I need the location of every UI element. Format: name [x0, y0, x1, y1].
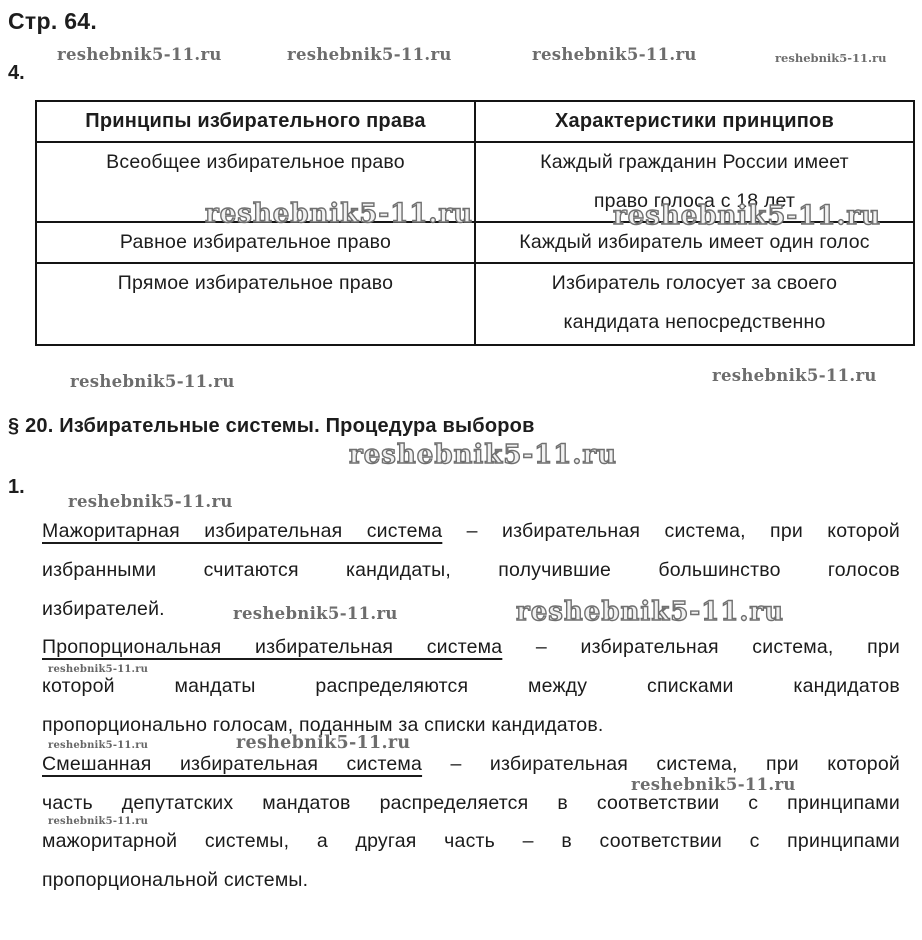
- task-4-label: 4.: [8, 62, 25, 85]
- definition-text: – избирательная система, при которой: [422, 753, 900, 775]
- watermark: reshebnik5-11.ru: [631, 775, 796, 794]
- watermark: reshebnik5-11.ru: [613, 201, 881, 231]
- watermark: reshebnik5-11.ru: [48, 816, 148, 827]
- definition-line: Пропорциональная избирательная система –…: [42, 628, 900, 667]
- watermark: reshebnik5-11.ru: [48, 664, 148, 675]
- table-header-principles: Принципы избирательного права: [36, 101, 475, 142]
- definitions-block: Мажоритарная избирательная система – изб…: [42, 512, 900, 900]
- watermark: reshebnik5-11.ru: [712, 366, 877, 385]
- watermark: reshebnik5-11.ru: [57, 45, 222, 64]
- document-page: Стр. 64. 4. Принципы избирательного прав…: [0, 0, 922, 940]
- section-heading: § 20. Избирательные системы. Процедура в…: [8, 415, 535, 438]
- page-title: Стр. 64.: [8, 8, 97, 35]
- cell-line: Избиратель голосует за своего: [476, 264, 913, 303]
- definition-line: Мажоритарная избирательная система – изб…: [42, 512, 900, 551]
- definition-text: – избирательная система, при которой: [442, 520, 900, 542]
- watermark: reshebnik5-11.ru: [236, 733, 410, 753]
- definition-term: Мажоритарная избирательная система: [42, 520, 442, 542]
- table-header-characteristics: Характеристики принципов: [475, 101, 914, 142]
- watermark: reshebnik5-11.ru: [68, 492, 233, 511]
- table-cell-characteristic: Избиратель голосует за своего кандидата …: [475, 263, 914, 345]
- definition-line: пропорционально голосам, поданным за спи…: [42, 706, 900, 745]
- watermark: reshebnik5-11.ru: [532, 45, 697, 64]
- definition-term: Пропорциональная избирательная система: [42, 636, 502, 658]
- watermark: reshebnik5-11.ru: [349, 440, 617, 470]
- table-header-row: Принципы избирательного права Характерис…: [36, 101, 914, 142]
- definition-line: пропорциональной системы.: [42, 861, 900, 900]
- definition-line: мажоритарной системы, а другая часть – в…: [42, 822, 900, 861]
- definition-line: избранными считаются кандидаты, получивш…: [42, 551, 900, 590]
- watermark: reshebnik5-11.ru: [775, 51, 886, 65]
- table-row: Прямое избирательное право Избиратель го…: [36, 263, 914, 345]
- watermark: reshebnik5-11.ru: [70, 372, 235, 391]
- watermark: reshebnik5-11.ru: [287, 45, 452, 64]
- table-cell-principle: Прямое избирательное право: [36, 263, 475, 345]
- watermark: reshebnik5-11.ru: [205, 199, 473, 229]
- definition-line: которой мандаты распределяются между спи…: [42, 667, 900, 706]
- cell-line: кандидата непосредственно: [476, 303, 913, 342]
- task-1-label: 1.: [8, 476, 25, 499]
- definition-text: – избирательная система, при: [502, 636, 900, 658]
- watermark: reshebnik5-11.ru: [516, 597, 784, 627]
- watermark: reshebnik5-11.ru: [233, 604, 398, 623]
- watermark: reshebnik5-11.ru: [48, 740, 148, 751]
- cell-line: Каждый гражданин России имеет: [476, 143, 913, 182]
- definition-term: Смешанная избирательная система: [42, 753, 422, 775]
